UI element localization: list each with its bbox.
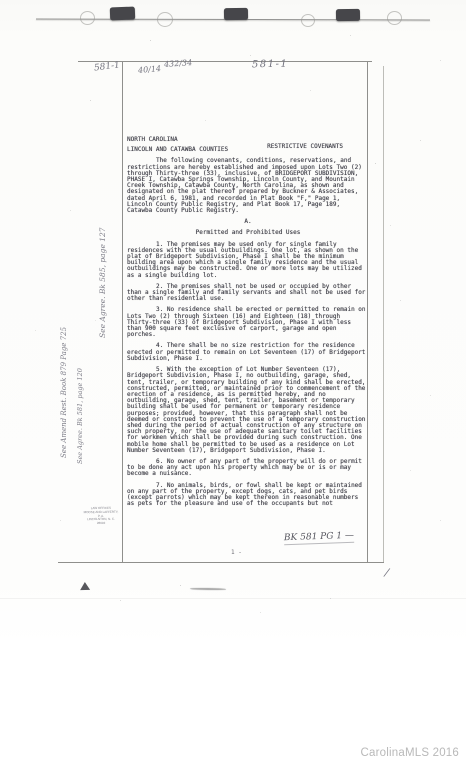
intro-paragraph: The following covenants, conditions, res… — [127, 158, 369, 214]
handwritten-slash-mark: / — [384, 566, 390, 579]
typed-document-body: NORTH CAROLINA RESTRICTIVE COVENANTS LIN… — [127, 137, 369, 507]
scan-edge-shadow — [0, 598, 466, 599]
document-title: RESTRICTIVE COVENANTS — [267, 144, 343, 150]
binder-clip-icon — [224, 8, 248, 20]
smudge-mark — [190, 588, 226, 591]
document-header: NORTH CAROLINA RESTRICTIVE COVENANTS LIN… — [127, 137, 369, 153]
binder-ring-icon — [301, 14, 315, 27]
scanned-document-photo: 581-1 40/14 432/34 581-1 See Amend Rest.… — [0, 0, 466, 645]
covenant-paragraph: 7. No animals, birds, or fowl shall be k… — [127, 483, 369, 508]
handwritten-book-index: 581-1 — [93, 60, 120, 73]
mls-watermark: CarolinaMLS 2016 — [361, 747, 459, 759]
handwritten-note: 432/34 — [164, 58, 193, 69]
covenant-paragraph: 5. With the exception of Lot Number Seve… — [127, 367, 369, 454]
covenant-paragraphs: 1. The premises may be used only for sin… — [127, 242, 369, 508]
handwritten-book-index: 581-1 — [252, 59, 289, 71]
stamp-line: LINCOLNTON, N. C. 28092 — [83, 518, 119, 526]
photocopy-noise — [0, 0, 1, 1]
binder-ring-icon — [387, 11, 402, 25]
handwritten-note: 40/14 — [138, 64, 162, 75]
binder-clip-icon — [336, 9, 360, 21]
handwritten-margin-note: See Amend Rest. Book 879 Page 725 — [60, 327, 68, 458]
page-number: 1 - — [231, 549, 242, 556]
frame-border-right-outer — [383, 66, 384, 563]
binder-ring-icon — [157, 12, 173, 27]
section-letter: A. — [127, 219, 369, 225]
handwritten-margin-note: See Agree. Bk 585, page 127 — [98, 227, 107, 338]
covenant-paragraph: 4. There shall be no size restriction fo… — [127, 343, 369, 362]
handwritten-margin-note: See Agree. Bk 581, page 120 — [76, 368, 84, 464]
binder-clip-icon — [110, 7, 135, 21]
covenant-paragraph: 2. The premises shall not be used or occ… — [127, 284, 369, 303]
frame-border-left — [122, 61, 123, 562]
triangle-mark-icon — [80, 582, 90, 590]
covenant-paragraph: 1. The premises may be used only for sin… — [127, 242, 369, 279]
covenant-paragraph: 3. No residence shall be erected or perm… — [127, 307, 369, 338]
frame-border-bottom — [58, 562, 384, 563]
law-office-stamp: LAW OFFICES MOOSE AND LAFFERTY, P. A. LI… — [83, 507, 119, 526]
covenant-paragraph: 6. No owner of any part of the property … — [127, 459, 369, 478]
binder-ring-icon — [80, 11, 95, 25]
handwritten-book-page-note: BK 581 PG 1 — — [284, 531, 354, 545]
section-heading: Permitted and Prohibited Uses — [127, 230, 369, 236]
